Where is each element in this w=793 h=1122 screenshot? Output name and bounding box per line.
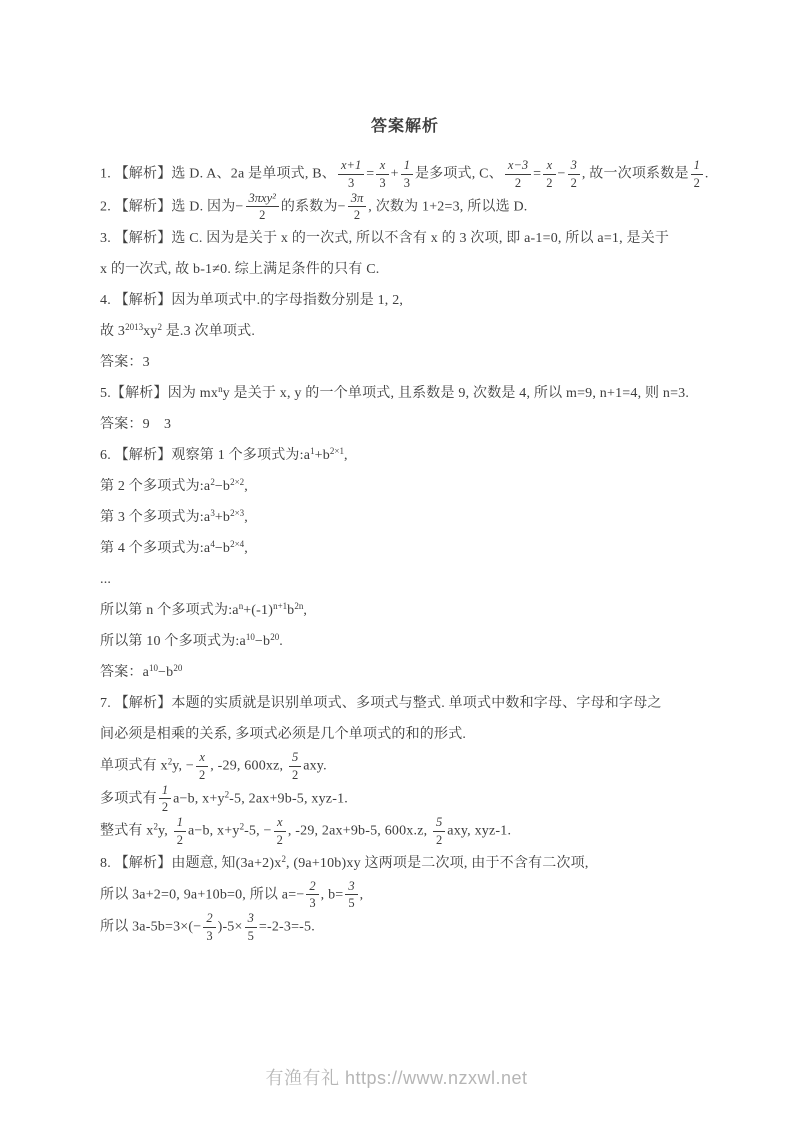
solution-7-line-2: 间必须是相乘的关系, 多项式必须是几个单项式的和的形式. xyxy=(100,719,710,750)
text-run: xy xyxy=(143,324,157,339)
fraction: 12 xyxy=(159,783,171,816)
solution-6-line-1: 6. 【解析】观察第 1 个多项式为:a1+b2×1, xyxy=(100,440,710,471)
fraction: x+13 xyxy=(338,158,364,191)
solution-1: 1. 【解析】选 D. A、2a 是单项式, B、x+13=x3+13是多项式,… xyxy=(100,158,710,191)
fraction-denominator: 2 xyxy=(691,175,703,191)
text-run: )-5× xyxy=(218,919,243,934)
fraction-numerator: 5 xyxy=(289,750,301,767)
text-run: x 的一次式, 故 b-1≠0. 综上满足条件的只有 C. xyxy=(100,262,379,277)
fraction: 12 xyxy=(691,158,703,191)
text-run: , -29, 2ax+9b-5, 600x.z, xyxy=(288,823,431,838)
text-run: -5, 2ax+9b-5, xyz-1. xyxy=(229,791,348,806)
answer-key-content: 答案解析 1. 【解析】选 D. A、2a 是单项式, B、x+13=x3+13… xyxy=(100,116,710,944)
fraction-denominator: 2 xyxy=(543,175,555,191)
text-run: . xyxy=(279,634,283,649)
text-run: = xyxy=(366,166,374,181)
text-run: 1. 【解析】选 D. A、2a 是单项式, B、 xyxy=(100,166,336,181)
solution-8-line-2: 所以 3a+2=0, 9a+10b=0, 所以 a=−23, b=35, xyxy=(100,879,710,912)
text-run: =-2-3=-5. xyxy=(259,919,315,934)
superscript: 20 xyxy=(173,663,182,673)
text-run: −b xyxy=(215,541,230,556)
text-run: , xyxy=(303,603,307,618)
text-run: 是.3 次单项式. xyxy=(162,324,255,339)
fraction-denominator: 2 xyxy=(174,832,186,848)
fraction-numerator: 3 xyxy=(568,158,580,175)
solution-4-line-2: 故 32013xy2 是.3 次单项式. xyxy=(100,316,710,347)
text-run: + xyxy=(391,166,399,181)
fraction: x−32 xyxy=(505,158,531,191)
fraction-denominator: 2 xyxy=(246,207,279,223)
text-run: , xyxy=(244,510,248,525)
text-run: . xyxy=(705,166,709,181)
fraction-denominator: 2 xyxy=(274,832,286,848)
text-run: , xyxy=(244,541,248,556)
text-run: 答案：9 3 xyxy=(100,417,171,432)
solution-4-line-1: 4. 【解析】因为单项式中.的字母指数分别是 1, 2, xyxy=(100,285,710,316)
solution-7-line-3: 单项式有 x2y, −x2, -29, 600xz, 52axy. xyxy=(100,750,710,783)
solution-7-line-1: 7. 【解析】本题的实质就是识别单项式、多项式与整式. 单项式中数和字母、字母和… xyxy=(100,688,710,719)
fraction-denominator: 3 xyxy=(306,895,318,911)
solution-6-line-5: 所以第 n 个多项式为:an+(-1)n+1b2n, xyxy=(100,595,710,626)
superscript: 2×1 xyxy=(330,446,344,456)
fraction-denominator: 3 xyxy=(376,175,388,191)
superscript: 2013 xyxy=(125,322,143,332)
fraction-numerator: 1 xyxy=(174,815,186,832)
fraction: 23 xyxy=(306,879,318,912)
text-run: −b xyxy=(255,634,270,649)
answer-6: 答案：a10−b20 xyxy=(100,657,710,688)
solution-paragraphs: 1. 【解析】选 D. A、2a 是单项式, B、x+13=x3+13是多项式,… xyxy=(100,158,710,944)
fraction-numerator: 1 xyxy=(401,158,413,175)
fraction: x2 xyxy=(274,815,286,848)
text-run: , (9a+10b)xy 这两项是二次项, 由于不含有二次项, xyxy=(286,856,589,871)
fraction-numerator: x+1 xyxy=(338,158,364,175)
solution-8-line-1: 8. 【解析】由题意, 知(3a+2)x2, (9a+10b)xy 这两项是二次… xyxy=(100,848,710,879)
fraction: 13 xyxy=(401,158,413,191)
fraction: 3π2 xyxy=(348,191,367,224)
text-run: 所以第 n 个多项式为:a xyxy=(100,603,239,618)
solution-2: 2. 【解析】选 D. 因为−3πxy²2的系数为−3π2, 次数为 1+2=3… xyxy=(100,191,710,224)
text-run: 第 3 个多项式为:a xyxy=(100,510,210,525)
superscript: 2×4 xyxy=(230,539,244,549)
text-run: y 是关于 x, y 的一个单项式, 且系数是 9, 次数是 4, 所以 m=9… xyxy=(223,386,689,401)
page-title: 答案解析 xyxy=(100,116,710,138)
fraction-denominator: 2 xyxy=(348,207,367,223)
text-run: , xyxy=(344,448,348,463)
fraction: x2 xyxy=(543,158,555,191)
solution-6-line-2: 第 2 个多项式为:a2−b2×2, xyxy=(100,471,710,502)
fraction: x2 xyxy=(196,750,208,783)
text-run: 3. 【解析】选 C. 因为是关于 x 的一次式, 所以不含有 x 的 3 次项… xyxy=(100,231,669,246)
fraction-denominator: 3 xyxy=(203,928,215,944)
text-run: 整式有 x xyxy=(100,823,154,838)
superscript: 2×3 xyxy=(230,508,244,518)
text-run: -5, − xyxy=(244,823,272,838)
fraction: 3πxy²2 xyxy=(246,191,279,224)
text-run: − xyxy=(558,166,566,181)
text-run: 5.【解析】因为 mx xyxy=(100,386,218,401)
text-run: 第 2 个多项式为:a xyxy=(100,479,210,494)
fraction-denominator: 2 xyxy=(433,832,445,848)
watermark-footer: 有渔有礼 https://www.nzxwl.net xyxy=(0,1064,793,1090)
text-run: 所以第 10 个多项式为:a xyxy=(100,634,246,649)
fraction-numerator: 1 xyxy=(159,783,171,800)
text-run: a−b, x+y xyxy=(188,823,240,838)
solution-3-line-1: 3. 【解析】选 C. 因为是关于 x 的一次式, 所以不含有 x 的 3 次项… xyxy=(100,223,710,254)
text-run: +b xyxy=(315,448,330,463)
text-run: +b xyxy=(215,510,230,525)
fraction-denominator: 3 xyxy=(338,175,364,191)
fraction: 52 xyxy=(433,815,445,848)
text-run: 间必须是相乘的关系, 多项式必须是几个单项式的和的形式. xyxy=(100,727,466,742)
text-run: 2. 【解析】选 D. 因为− xyxy=(100,199,244,214)
text-run: 单项式有 x xyxy=(100,758,168,773)
fraction-denominator: 2 xyxy=(289,767,301,783)
text-run: axy, xyz-1. xyxy=(447,823,511,838)
text-run: 的系数为− xyxy=(281,199,346,214)
text-run: 第 4 个多项式为:a xyxy=(100,541,210,556)
fraction-numerator: 3π xyxy=(348,191,367,208)
text-run: = xyxy=(533,166,541,181)
solution-6-line-6: 所以第 10 个多项式为:a10−b20. xyxy=(100,626,710,657)
solution-6-line-4: 第 4 个多项式为:a4−b2×4, xyxy=(100,533,710,564)
superscript: 10 xyxy=(149,663,158,673)
superscript: 20 xyxy=(270,632,279,642)
solution-5: 5.【解析】因为 mxny 是关于 x, y 的一个单项式, 且系数是 9, 次… xyxy=(100,378,710,409)
text-run: y, xyxy=(158,823,172,838)
superscript: 10 xyxy=(246,632,255,642)
text-run: 6. 【解析】观察第 1 个多项式为:a xyxy=(100,448,310,463)
text-run: 是多项式, C、 xyxy=(415,166,503,181)
document-page: 答案解析 1. 【解析】选 D. A、2a 是单项式, B、x+13=x3+13… xyxy=(0,0,793,1122)
text-run: +(-1) xyxy=(243,603,273,618)
fraction: 35 xyxy=(245,911,257,944)
fraction-denominator: 5 xyxy=(345,895,357,911)
text-run: 多项式有 xyxy=(100,791,157,806)
text-run: 所以 3a-5b=3×(− xyxy=(100,919,201,934)
fraction-denominator: 3 xyxy=(401,175,413,191)
fraction-numerator: 1 xyxy=(691,158,703,175)
fraction-numerator: 3 xyxy=(345,879,357,896)
solution-3-line-2: x 的一次式, 故 b-1≠0. 综上满足条件的只有 C. xyxy=(100,254,710,285)
fraction-denominator: 5 xyxy=(245,928,257,944)
fraction-numerator: 3πxy² xyxy=(246,191,279,208)
superscript: n+1 xyxy=(273,601,287,611)
text-run: 所以 3a+2=0, 9a+10b=0, 所以 a=− xyxy=(100,887,304,902)
text-run: axy. xyxy=(303,758,327,773)
text-run: y, − xyxy=(172,758,194,773)
text-run: −b xyxy=(215,479,230,494)
text-run: 8. 【解析】由题意, 知(3a+2)x xyxy=(100,856,281,871)
fraction-numerator: x xyxy=(376,158,388,175)
text-run: 故 3 xyxy=(100,324,125,339)
fraction: 23 xyxy=(203,911,215,944)
solution-8-line-3: 所以 3a-5b=3×(−23)-5×35=-2-3=-5. xyxy=(100,911,710,944)
text-run: , 次数为 1+2=3, 所以选 D. xyxy=(368,199,527,214)
solution-6-line-3: 第 3 个多项式为:a3+b2×3, xyxy=(100,502,710,533)
solution-7-line-4: 多项式有12a−b, x+y2-5, 2ax+9b-5, xyz-1. xyxy=(100,783,710,816)
fraction-numerator: x xyxy=(274,815,286,832)
fraction-numerator: 2 xyxy=(203,911,215,928)
text-run: 答案：3 xyxy=(100,355,150,370)
text-run: 4. 【解析】因为单项式中.的字母指数分别是 1, 2, xyxy=(100,293,403,308)
text-run: , 故一次项系数是 xyxy=(582,166,689,181)
text-run: −b xyxy=(158,665,173,680)
fraction: 12 xyxy=(174,815,186,848)
text-run: a−b, x+y xyxy=(173,791,225,806)
text-run: , xyxy=(244,479,248,494)
fraction-denominator: 2 xyxy=(505,175,531,191)
answer-4: 答案：3 xyxy=(100,347,710,378)
fraction: 35 xyxy=(345,879,357,912)
text-run: , -29, 600xz, xyxy=(210,758,287,773)
solution-6-ellipsis: ... xyxy=(100,564,710,595)
text-run: 7. 【解析】本题的实质就是识别单项式、多项式与整式. 单项式中数和字母、字母和… xyxy=(100,696,662,711)
fraction-denominator: 2 xyxy=(196,767,208,783)
text-run: ... xyxy=(100,572,111,587)
fraction-numerator: 2 xyxy=(306,879,318,896)
fraction-numerator: x−3 xyxy=(505,158,531,175)
fraction: 52 xyxy=(289,750,301,783)
fraction: 32 xyxy=(568,158,580,191)
solution-7-line-5: 整式有 x2y, 12a−b, x+y2-5, −x2, -29, 2ax+9b… xyxy=(100,815,710,848)
fraction-numerator: 5 xyxy=(433,815,445,832)
answer-5: 答案：9 3 xyxy=(100,409,710,440)
superscript: 2×2 xyxy=(230,477,244,487)
fraction-numerator: x xyxy=(196,750,208,767)
text-run: , b= xyxy=(321,887,344,902)
text-run: 答案：a xyxy=(100,665,149,680)
fraction: x3 xyxy=(376,158,388,191)
fraction-denominator: 2 xyxy=(159,799,171,815)
fraction-numerator: x xyxy=(543,158,555,175)
fraction-numerator: 3 xyxy=(245,911,257,928)
text-run: , xyxy=(360,887,364,902)
fraction-denominator: 2 xyxy=(568,175,580,191)
